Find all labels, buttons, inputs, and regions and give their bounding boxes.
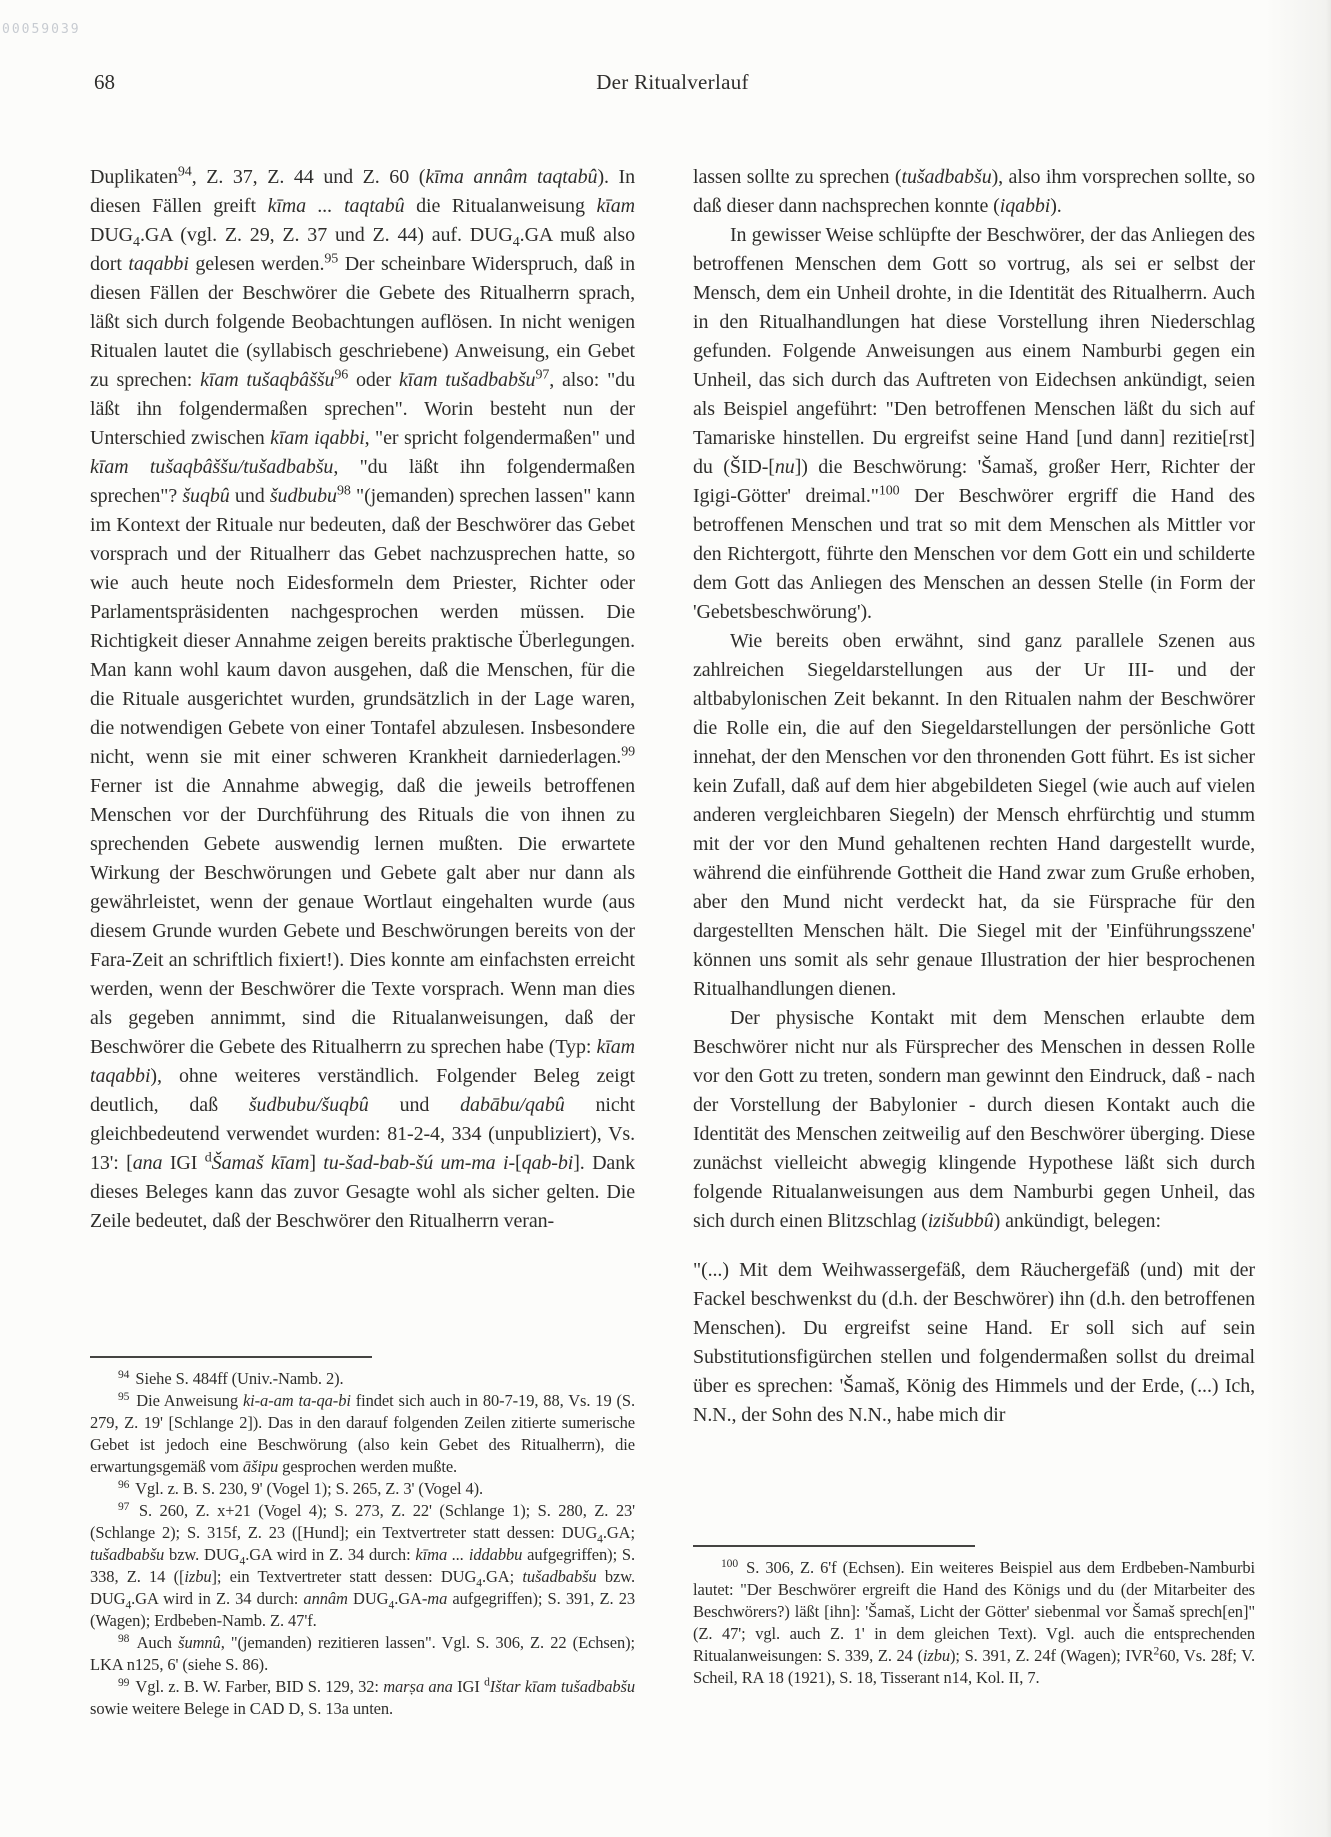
two-column-text-block: Duplikaten94, Z. 37, Z. 44 und Z. 60 (kī… xyxy=(90,163,1255,1837)
footnotes-left: 94 Siehe S. 484ff (Univ.-Namb. 2).95 Die… xyxy=(90,1356,635,1720)
right-column: lassen sollte zu sprechen (tušadbabšu), … xyxy=(693,163,1255,1837)
paragraph: lassen sollte zu sprechen (tušadbabšu), … xyxy=(693,163,1255,221)
footnote-separator-rule xyxy=(693,1545,975,1547)
scan-watermark-number: 00059039 xyxy=(2,22,81,37)
body-text-left: Duplikaten94, Z. 37, Z. 44 und Z. 60 (kī… xyxy=(90,163,635,1236)
footnotes-right: 100 S. 306, Z. 6'f (Echsen). Ein weitere… xyxy=(693,1545,1255,1689)
paragraph: "(...) Mit dem Weihwassergefäß, dem Räuc… xyxy=(693,1256,1255,1430)
footnote-95: 95 Die Anweisung ki-a-am ta-qa-bi findet… xyxy=(90,1390,635,1478)
paragraph: In gewisser Weise schlüpfte der Beschwör… xyxy=(693,221,1255,627)
footnote-separator-rule xyxy=(90,1356,372,1358)
footnote-97: 97 S. 260, Z. x+21 (Vogel 4); S. 273, Z.… xyxy=(90,1500,635,1632)
body-text-right: lassen sollte zu sprechen (tušadbabšu), … xyxy=(693,163,1255,1430)
footnote-list-right: 100 S. 306, Z. 6'f (Echsen). Ein weitere… xyxy=(693,1557,1255,1689)
running-title: Der Ritualverlauf xyxy=(90,70,1255,95)
page-header: 68 Der Ritualverlauf xyxy=(90,70,1255,100)
paragraph: Duplikaten94, Z. 37, Z. 44 und Z. 60 (kī… xyxy=(90,163,635,1236)
footnote-94: 94 Siehe S. 484ff (Univ.-Namb. 2). xyxy=(90,1368,635,1390)
scanned-book-page: 00059039 68 Der Ritualverlauf Duplikaten… xyxy=(0,0,1331,1837)
paragraph: Wie bereits oben erwähnt, sind ganz para… xyxy=(693,627,1255,1004)
footnote-98: 98 Auch šumnû, "(jemanden) rezitieren la… xyxy=(90,1632,635,1676)
footnote-100: 100 S. 306, Z. 6'f (Echsen). Ein weitere… xyxy=(693,1557,1255,1689)
left-column: Duplikaten94, Z. 37, Z. 44 und Z. 60 (kī… xyxy=(90,163,635,1837)
footnote-96: 96 Vgl. z. B. S. 230, 9' (Vogel 1); S. 2… xyxy=(90,1478,635,1500)
footnote-list-left: 94 Siehe S. 484ff (Univ.-Namb. 2).95 Die… xyxy=(90,1368,635,1720)
page-number: 68 xyxy=(94,70,115,95)
paragraph: Der physische Kontakt mit dem Menschen e… xyxy=(693,1004,1255,1236)
footnote-99: 99 Vgl. z. B. W. Farber, BID S. 129, 32:… xyxy=(90,1676,635,1720)
